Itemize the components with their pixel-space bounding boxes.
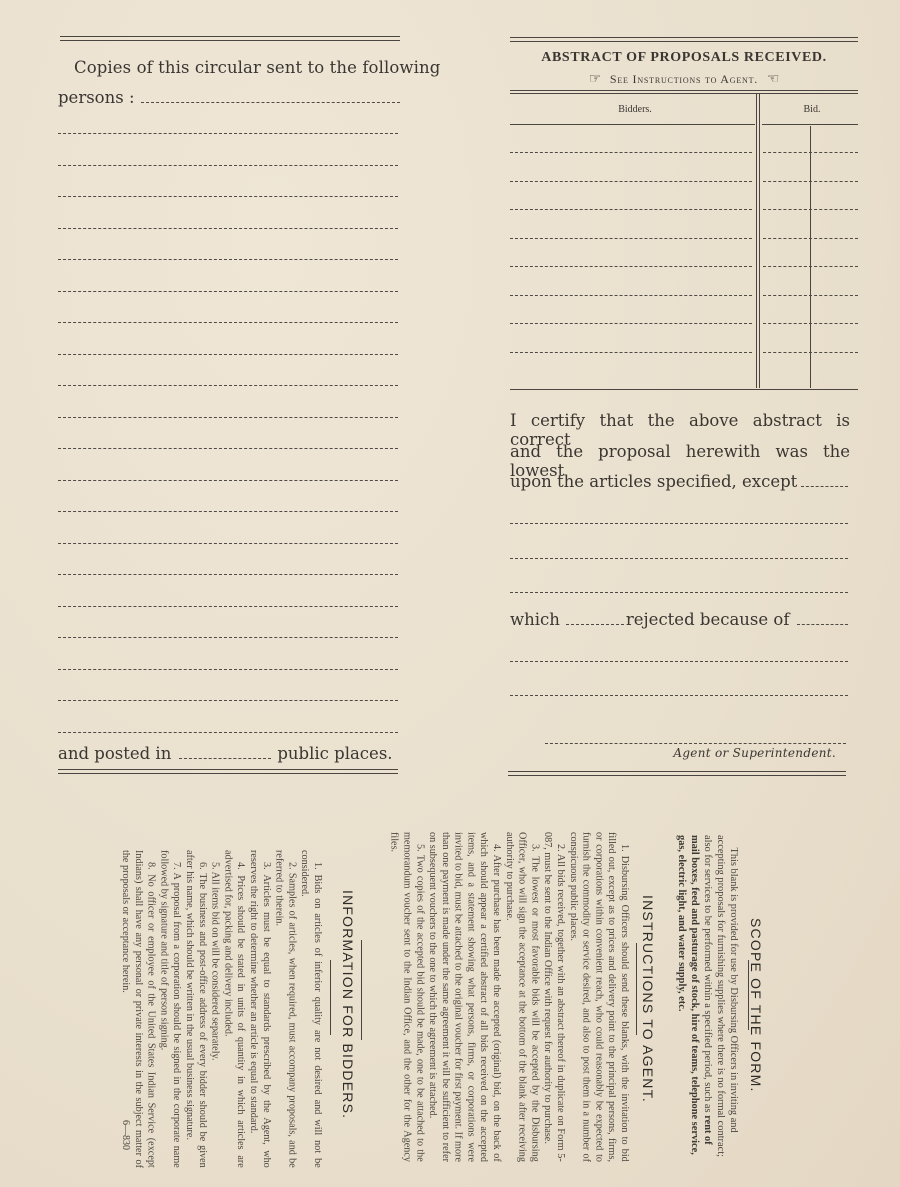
person-entry-line[interactable] — [58, 385, 398, 386]
bid-amount-field[interactable] — [763, 352, 858, 353]
bid-amount-field[interactable] — [763, 323, 858, 324]
instruction-item-2: 2. All bids received, together with an a… — [540, 832, 566, 1162]
bid-amount-field[interactable] — [763, 295, 858, 296]
bidder-item-1: 1. Bids on articles of inferior quality … — [297, 850, 323, 1168]
reason-line-3[interactable] — [510, 695, 848, 696]
person-entry-line[interactable] — [58, 480, 398, 481]
col-divider-dollars-cents — [810, 126, 811, 388]
bid-amount-field[interactable] — [763, 152, 858, 153]
bidder-name-field[interactable] — [510, 266, 752, 267]
bidder-item-7: 7. A proposal from a corporation should … — [157, 850, 183, 1168]
bidder-item-4: 4. Prices should be stated in units of q… — [221, 850, 247, 1168]
instruction-item-4: 4. After purchase has been made the acce… — [425, 832, 502, 1162]
person-entry-line[interactable] — [58, 322, 398, 323]
section-divider — [361, 940, 362, 1040]
left-bottom-rule — [58, 769, 398, 774]
bidder-item-3: 3. Articles must be equal to standards p… — [246, 850, 272, 1168]
bid-amount-field[interactable] — [763, 209, 858, 210]
bid-amount-field[interactable] — [763, 266, 858, 267]
rejected-reason-field[interactable] — [797, 624, 848, 625]
see-instructions-note: ☞ See Instructions to Agent. ☞ — [510, 71, 858, 88]
form-number: 6—830 — [120, 1120, 131, 1150]
person-entry-line[interactable] — [58, 732, 398, 733]
person-entry-line[interactable] — [58, 228, 398, 229]
col-header-bidders: Bidders. — [510, 104, 760, 115]
abstract-top-rule — [510, 37, 858, 42]
bidder-name-field[interactable] — [510, 152, 752, 153]
pointing-hand-right-icon: ☞ — [589, 71, 602, 88]
bidder-name-field[interactable] — [510, 181, 752, 182]
person-entry-line[interactable] — [58, 574, 398, 575]
instruction-item-5: 5. Two copies of the accepted bid should… — [387, 832, 425, 1162]
person-entry-line[interactable] — [58, 543, 398, 544]
posted-count-field[interactable] — [179, 758, 271, 759]
scope-body: This blank is provided for use by Disbur… — [678, 835, 740, 1165]
bidder-name-field[interactable] — [510, 209, 752, 210]
table-bottom-rule — [510, 389, 858, 390]
right-bottom-rule — [508, 771, 846, 776]
bidders-info-heading-rule — [330, 960, 331, 1035]
which-rejected-line: which rejected because of — [510, 610, 848, 629]
scope-heading: SCOPE OF THE FORM. — [748, 918, 764, 1093]
posted-in-line: and posted in public places. — [58, 744, 393, 763]
person-entry-line[interactable] — [58, 165, 398, 166]
instruction-item-1: 1. Disbursing Officers should send these… — [566, 832, 630, 1162]
bidder-item-2: 2. Samples of articles, when required, m… — [272, 850, 298, 1168]
reason-line-2[interactable] — [510, 661, 848, 662]
person-entry-line[interactable] — [58, 133, 398, 134]
except-line-3[interactable] — [510, 558, 848, 559]
person-entry-line[interactable] — [58, 606, 398, 607]
agent-signature-label: Agent or Superintendent. — [600, 746, 836, 760]
bidder-item-6: 6. The business and post-office address … — [182, 850, 208, 1168]
instruction-item-3: 3. The lowest or most favorable bids wil… — [502, 832, 540, 1162]
person-entry-line[interactable] — [58, 291, 398, 292]
col-divider-double-b — [759, 94, 760, 388]
bids-table: Bidders. Bid. — [510, 94, 858, 389]
person-entry-line[interactable] — [58, 417, 398, 418]
col-divider-double-a — [756, 94, 757, 388]
bidder-name-field[interactable] — [510, 295, 752, 296]
circular-copies-label: Copies of this circular sent to the foll… — [74, 58, 440, 77]
left-top-rule — [60, 36, 400, 41]
bidders-info-heading: INFORMATION FOR BIDDERS. — [340, 890, 356, 1119]
except-line-2[interactable] — [510, 523, 848, 524]
bidder-name-field[interactable] — [510, 352, 752, 353]
instructions-heading: INSTRUCTIONS TO AGENT. — [640, 895, 656, 1103]
person-entry-line[interactable] — [58, 448, 398, 449]
bid-amount-field[interactable] — [763, 181, 858, 182]
instructions-heading-rule — [636, 943, 637, 1035]
person-entry-line[interactable] — [58, 700, 398, 701]
header-underline-bid — [762, 124, 858, 125]
bidder-name-field[interactable] — [510, 238, 752, 239]
which-field[interactable] — [566, 624, 624, 625]
person-entry-line[interactable] — [58, 511, 398, 512]
agent-signature-field[interactable] — [545, 743, 846, 744]
col-header-bid: Bid. — [766, 104, 858, 115]
header-underline-bidders — [510, 124, 755, 125]
bidder-name-field[interactable] — [510, 323, 752, 324]
person-entry-line[interactable] — [58, 196, 398, 197]
instructions-body: 1. Disbursing Officers should send these… — [368, 832, 630, 1162]
pointing-hand-left-icon: ☞ — [766, 71, 779, 88]
bid-amount-field[interactable] — [763, 238, 858, 239]
abstract-title: ABSTRACT OF PROPOSALS RECEIVED. — [510, 50, 858, 66]
certify-line-3: upon the articles specified, except — [510, 472, 848, 491]
except-line-4[interactable] — [510, 592, 848, 593]
scope-heading-rule — [748, 960, 749, 1030]
persons-label: persons : — [58, 88, 400, 107]
bidders-info-body: 1. Bids on articles of inferior quality … — [118, 850, 323, 1168]
bidder-item-5: 5. All items bid on will be considered s… — [208, 850, 221, 1168]
person-entry-line[interactable] — [58, 669, 398, 670]
person-entry-line[interactable] — [58, 259, 398, 260]
person-entry-line[interactable] — [58, 354, 398, 355]
persons-line-1[interactable] — [141, 102, 400, 103]
except-field[interactable] — [801, 486, 848, 487]
person-entry-line[interactable] — [58, 637, 398, 638]
